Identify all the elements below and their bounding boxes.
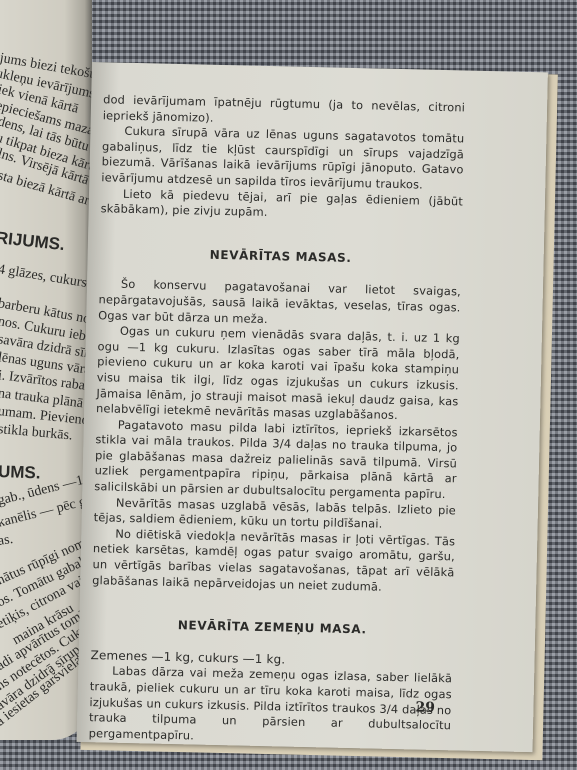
paragraph: Šo konservu pagatavošanai var lietot sva… — [98, 277, 461, 332]
left-heading: UMS. — [0, 462, 41, 483]
paragraph: No diētiskā viedokļa nevārītās masas ir … — [92, 526, 455, 597]
paragraph: Labas dārza vai meža zemeņu ogas izlasa,… — [89, 664, 453, 750]
paragraph: Ogas un cukuru ņem vienādās svara daļās,… — [96, 323, 460, 425]
page-number: 29 — [415, 700, 435, 716]
section-heading: NEVĀRĪTAS MASAS. — [99, 245, 461, 269]
paragraph: Cukura sīrupā vāra uz lēnas uguns sagata… — [101, 123, 464, 194]
page-content: dod ievārījumam īpatnēju rūgtumu (ja to … — [89, 92, 466, 749]
left-line: 4 glāzes, cukurs—1 kg — [0, 262, 92, 298]
left-line: as. — [0, 532, 14, 550]
section-heading: NEVĀRĪTA ZEMEŅU MASA. — [91, 616, 453, 640]
right-page: dod ievārījumam īpatnēju rūgtumu (ja to … — [77, 62, 548, 752]
paragraph: Pagatavoto masu pilda labi iztīrītos, ie… — [94, 417, 458, 503]
left-heading: RIJUMS. — [0, 228, 66, 255]
